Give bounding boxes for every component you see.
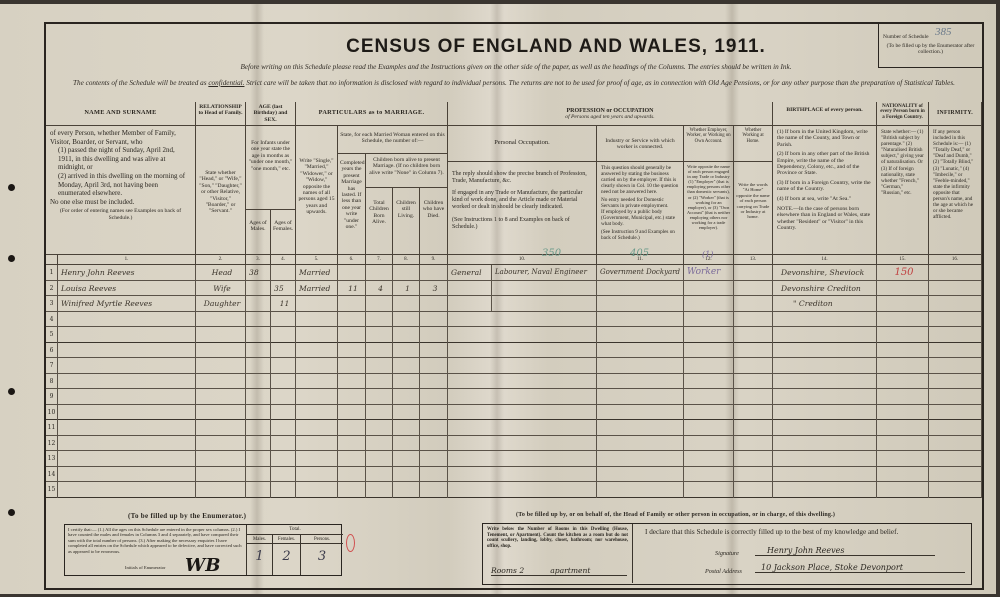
table-cell xyxy=(448,327,597,343)
total-males: Males. 1 xyxy=(247,535,273,575)
page-title: CENSUS OF ENGLAND AND WALES, 1911. xyxy=(276,36,836,58)
table-cell xyxy=(597,358,684,374)
row-number: 13 xyxy=(46,451,58,467)
table-cell xyxy=(929,281,982,297)
table-cell xyxy=(684,312,734,328)
header-personal-occupation-instructions: The reply should show the precise branch… xyxy=(448,162,597,255)
table-cell xyxy=(393,420,420,436)
marital-condition: Married xyxy=(296,281,338,297)
column-number: 9. xyxy=(420,255,448,265)
table-cell xyxy=(420,420,448,436)
table-cell xyxy=(734,482,773,498)
header-industry-instructions: This question should generally be answer… xyxy=(597,162,684,255)
table-cell xyxy=(296,420,338,436)
table-cell xyxy=(492,281,597,297)
table-cell xyxy=(58,405,196,421)
rooms-answer: Rooms 2apartment xyxy=(491,566,627,576)
table-cell xyxy=(929,467,982,483)
table-cell xyxy=(366,467,393,483)
table-cell xyxy=(393,327,420,343)
table-cell xyxy=(448,405,597,421)
table-cell xyxy=(929,389,982,405)
table-cell xyxy=(448,374,597,390)
table-cell xyxy=(448,451,597,467)
table-cell xyxy=(877,467,929,483)
table-cell xyxy=(246,482,271,498)
table-cell xyxy=(366,405,393,421)
table-cell xyxy=(684,281,734,297)
table-row: 8 xyxy=(46,374,982,390)
table-cell xyxy=(338,482,366,498)
header-children-died: Children who have Died. xyxy=(420,188,448,255)
table-cell xyxy=(734,296,773,312)
table-cell xyxy=(366,358,393,374)
table-cell xyxy=(734,374,773,390)
children-living xyxy=(393,265,420,281)
table-cell xyxy=(246,327,271,343)
table-cell xyxy=(734,436,773,452)
table-cell xyxy=(734,389,773,405)
table-cell xyxy=(773,327,877,343)
row-number: 8 xyxy=(46,374,58,390)
table-cell xyxy=(684,374,734,390)
enumerator-initials: WB xyxy=(185,555,220,576)
column-number: 7. xyxy=(366,255,393,265)
table-cell xyxy=(877,420,929,436)
table-cell xyxy=(271,420,296,436)
table-cell xyxy=(929,374,982,390)
header-name-instructions: of every Person, whether Member of Famil… xyxy=(46,126,196,255)
industry: Government Dockyard xyxy=(597,265,684,281)
table-cell xyxy=(597,296,684,312)
row-number: 10 xyxy=(46,405,58,421)
total-persons: Persons. 3 xyxy=(301,535,343,575)
table-cell xyxy=(393,389,420,405)
table-cell xyxy=(684,482,734,498)
punch-hole-icon xyxy=(8,184,15,191)
table-cell xyxy=(58,343,196,359)
table-cell xyxy=(246,405,271,421)
table-cell xyxy=(393,436,420,452)
birthplace: " Crediton xyxy=(773,296,877,312)
table-cell xyxy=(196,358,246,374)
infirmity xyxy=(929,265,982,281)
table-cell xyxy=(773,389,877,405)
table-cell xyxy=(420,451,448,467)
column-number: 8. xyxy=(393,255,420,265)
age-female: 35 xyxy=(271,281,296,297)
table-cell xyxy=(246,451,271,467)
occupation-code: 350 xyxy=(542,248,561,259)
table-cell xyxy=(929,312,982,328)
table-cell xyxy=(338,343,366,359)
header-children: Children born alive to present Marriage.… xyxy=(366,154,448,188)
table-cell xyxy=(296,405,338,421)
employment-code: (1) xyxy=(702,250,713,259)
table-cell xyxy=(271,358,296,374)
table-cell xyxy=(420,327,448,343)
postal-address-value: 10 Jackson Place, Stoke Devonport xyxy=(755,563,965,573)
table-cell xyxy=(597,482,684,498)
table-cell xyxy=(58,436,196,452)
table-cell xyxy=(366,327,393,343)
table-cell xyxy=(877,405,929,421)
table-cell xyxy=(196,451,246,467)
table-cell xyxy=(734,467,773,483)
table-cell xyxy=(366,343,393,359)
table-cell xyxy=(448,312,597,328)
column-number: 6. xyxy=(338,255,366,265)
table-cell xyxy=(420,374,448,390)
instruction-line: Before writing on this Schedule please r… xyxy=(146,63,886,71)
table-cell xyxy=(246,467,271,483)
punch-hole-icon xyxy=(8,509,15,516)
table-cell xyxy=(338,296,366,312)
header-occupation: PROFESSION or OCCUPATION of Persons aged… xyxy=(448,102,773,126)
relationship: Daughter xyxy=(196,296,246,312)
table-cell xyxy=(684,420,734,436)
schedule-footer: (To be filled up by the Enumerator.) I c… xyxy=(46,508,982,592)
table-cell xyxy=(296,482,338,498)
row-number: 6 xyxy=(46,343,58,359)
table-row: 2 Louisa Reeves Wife 35 Married 11 4 1 3… xyxy=(46,281,982,297)
table-cell xyxy=(597,436,684,452)
table-cell xyxy=(773,358,877,374)
table-cell xyxy=(296,467,338,483)
table-cell xyxy=(929,451,982,467)
birthplace: Devonshire, Sheviock xyxy=(773,265,877,281)
schedule-frame: CENSUS OF ENGLAND AND WALES, 1911. Befor… xyxy=(44,22,984,590)
table-cell xyxy=(366,420,393,436)
age-male xyxy=(246,281,271,297)
table-cell xyxy=(420,296,448,312)
person-name: Henry John Reeves xyxy=(58,265,196,281)
person-name: Louisa Reeves xyxy=(58,281,196,297)
table-cell xyxy=(338,389,366,405)
table-cell xyxy=(393,482,420,498)
header-infirmity-instructions: If any person included in this Schedule … xyxy=(929,126,982,255)
table-cell xyxy=(684,296,734,312)
header-age-males: Ages of Males. xyxy=(246,210,271,255)
enumerator-box: I certify that:— (1.) All the ages on th… xyxy=(64,524,342,576)
table-cell xyxy=(366,451,393,467)
table-cell xyxy=(196,327,246,343)
table-cell xyxy=(448,389,597,405)
table-cell xyxy=(196,405,246,421)
table-cell xyxy=(448,482,597,498)
years-married xyxy=(338,265,366,281)
header-birthplace-instructions: (1) If born in the United Kingdom, write… xyxy=(773,126,877,255)
signature-label: Signature xyxy=(715,550,739,557)
table-cell xyxy=(420,343,448,359)
table-cell xyxy=(448,343,597,359)
table-cell xyxy=(393,343,420,359)
row-number: 5 xyxy=(46,327,58,343)
table-cell xyxy=(338,451,366,467)
postal-address-label: Postal Address xyxy=(705,568,742,575)
header-home-instructions: Write the words "At Home" opposite the n… xyxy=(734,162,773,255)
table-cell xyxy=(271,482,296,498)
table-cell xyxy=(734,343,773,359)
table-cell xyxy=(773,312,877,328)
row-number: 14 xyxy=(46,467,58,483)
column-number: 14. xyxy=(773,255,877,265)
table-cell xyxy=(393,374,420,390)
table-cell xyxy=(58,327,196,343)
table-cell xyxy=(296,358,338,374)
table-cell xyxy=(246,420,271,436)
header-children-living: Children still Living. xyxy=(393,188,420,255)
head-of-family-label: (To be filled up by, or on behalf of, th… xyxy=(516,512,835,518)
header-nationality: NATIONALITY of every Person born in a Fo… xyxy=(877,102,929,126)
header-infirmity: INFIRMITY. xyxy=(929,102,982,126)
table-cell xyxy=(271,389,296,405)
column-number: 16. xyxy=(929,255,982,265)
table-cell xyxy=(246,374,271,390)
birthplace-code: 150 xyxy=(877,265,929,281)
table-cell xyxy=(58,358,196,374)
table-cell xyxy=(393,358,420,374)
table-cell xyxy=(296,389,338,405)
column-number: 5. xyxy=(296,255,338,265)
table-cell xyxy=(420,405,448,421)
industry-code: 405 xyxy=(630,248,649,259)
column-number: 10. xyxy=(448,255,597,265)
header-birthplace: BIRTHPLACE of every person. xyxy=(773,102,877,126)
employment-status: Worker xyxy=(684,265,734,281)
table-cell xyxy=(338,358,366,374)
table-cell xyxy=(929,482,982,498)
table-cell xyxy=(597,389,684,405)
table-cell xyxy=(271,467,296,483)
table-cell xyxy=(877,327,929,343)
table-cell xyxy=(338,436,366,452)
age-male xyxy=(246,296,271,312)
row-number: 7 xyxy=(46,358,58,374)
table-cell xyxy=(58,482,196,498)
table-cell xyxy=(296,312,338,328)
table-cell xyxy=(773,436,877,452)
table-row: 11 xyxy=(46,420,982,436)
table-row: 5 xyxy=(46,327,982,343)
table-cell xyxy=(338,405,366,421)
table-cell xyxy=(338,467,366,483)
table-cell xyxy=(393,405,420,421)
person-name: Winifred Myrtle Reeves xyxy=(58,296,196,312)
table-cell xyxy=(296,296,338,312)
table-cell xyxy=(296,343,338,359)
table-cell xyxy=(338,420,366,436)
table-row: 6 xyxy=(46,343,982,359)
header-industry: Industry or Service with which worker is… xyxy=(597,126,684,162)
table-cell xyxy=(929,420,982,436)
punch-hole-icon xyxy=(8,255,15,262)
table-cell xyxy=(196,420,246,436)
table-cell xyxy=(597,327,684,343)
table-row: 4 xyxy=(46,312,982,328)
relationship: Head xyxy=(196,265,246,281)
row-number: 11 xyxy=(46,420,58,436)
table-cell xyxy=(734,420,773,436)
table-cell xyxy=(597,467,684,483)
table-cell xyxy=(246,358,271,374)
table-cell xyxy=(448,358,597,374)
column-number: 15. xyxy=(877,255,929,265)
rooms-section: Write below the Number of Rooms in this … xyxy=(483,524,633,583)
table-row: 10 xyxy=(46,405,982,421)
table-cell xyxy=(684,405,734,421)
table-cell xyxy=(684,467,734,483)
row-number: 1 xyxy=(46,265,58,281)
table-cell xyxy=(420,358,448,374)
column-number: 4. xyxy=(271,255,296,265)
table-cell xyxy=(366,436,393,452)
age-male: 38 xyxy=(246,265,271,281)
table-cell xyxy=(773,374,877,390)
occupation: Labourer, Naval Engineer xyxy=(492,265,597,281)
table-cell xyxy=(597,405,684,421)
table-cell xyxy=(773,467,877,483)
row-number: 4 xyxy=(46,312,58,328)
table-cell xyxy=(196,312,246,328)
table-cell xyxy=(684,343,734,359)
table-cell xyxy=(366,312,393,328)
enumerator-certification: I certify that:— (1.) All the ages on th… xyxy=(68,527,246,554)
table-cell xyxy=(366,374,393,390)
table-cell xyxy=(734,312,773,328)
header-children-total: Total Children Born Alive. xyxy=(366,188,393,255)
table-row: 9 xyxy=(46,389,982,405)
header-home: Whether Working at Home. xyxy=(734,126,773,162)
table-cell xyxy=(296,436,338,452)
column-number: 2. xyxy=(196,255,246,265)
table-cell xyxy=(246,343,271,359)
table-cell xyxy=(773,420,877,436)
table-cell xyxy=(58,420,196,436)
header-age: AGE (last Birthday) and SEX. xyxy=(246,102,296,126)
table-cell xyxy=(877,451,929,467)
table-cell xyxy=(684,451,734,467)
column-number: 13. xyxy=(734,255,773,265)
census-schedule-page: CENSUS OF ENGLAND AND WALES, 1911. Befor… xyxy=(0,4,996,594)
header-relationship: RELATIONSHIP to Head of Family. xyxy=(196,102,246,126)
age-female xyxy=(271,265,296,281)
table-cell xyxy=(773,405,877,421)
table-cell xyxy=(246,436,271,452)
table-cell xyxy=(271,405,296,421)
table-cell xyxy=(196,389,246,405)
table-cell xyxy=(393,296,420,312)
table-row: 3 Winifred Myrtle Reeves Daughter 11 " C… xyxy=(46,296,982,312)
table-cell xyxy=(929,296,982,312)
table-cell xyxy=(271,312,296,328)
table-cell xyxy=(448,467,597,483)
table-cell xyxy=(366,482,393,498)
children-total: 4 xyxy=(366,281,393,297)
table-cell xyxy=(338,374,366,390)
header-personal-occupation: Personal Occupation. xyxy=(448,126,597,162)
table-cell xyxy=(271,436,296,452)
header-years-married: Completed years the present Marriage has… xyxy=(338,154,366,255)
table-cell xyxy=(929,436,982,452)
table-cell xyxy=(296,374,338,390)
table-cell xyxy=(929,405,982,421)
header-age-females: Ages of Females. xyxy=(271,210,296,255)
table-cell xyxy=(597,451,684,467)
table-cell xyxy=(597,281,684,297)
table-row: 1 Henry John Reeves Head 38 Married Gene… xyxy=(46,265,982,281)
table-cell xyxy=(734,451,773,467)
header-marriage-condition: Write "Single," "Married," "Widower," or… xyxy=(296,126,338,255)
table-cell xyxy=(929,327,982,343)
table-cell xyxy=(296,451,338,467)
table-cell xyxy=(929,343,982,359)
table-cell xyxy=(448,296,492,312)
column-number: 1. xyxy=(58,255,196,265)
table-cell xyxy=(196,467,246,483)
occupation-general: General xyxy=(448,265,492,281)
table-cell xyxy=(877,436,929,452)
relationship: Wife xyxy=(196,281,246,297)
table-cell xyxy=(420,312,448,328)
table-cell xyxy=(734,405,773,421)
birthplace: Devonshire Crediton xyxy=(773,281,877,297)
children-total xyxy=(366,265,393,281)
table-cell xyxy=(877,312,929,328)
table-cell xyxy=(448,420,597,436)
confidentiality-notice: The contents of the Schedule will be tre… xyxy=(54,78,974,89)
column-number: 3. xyxy=(246,255,271,265)
red-zero-mark xyxy=(346,534,355,552)
marital-condition: Married xyxy=(296,265,338,281)
table-cell xyxy=(734,358,773,374)
table-cell xyxy=(448,436,597,452)
header-relationship-instructions: State whether "Head," or "Wife," "Son," … xyxy=(196,126,246,255)
table-cell xyxy=(420,482,448,498)
table-cell xyxy=(492,296,597,312)
table-row: 15 xyxy=(46,482,982,498)
schedule-number-box: Number of Schedule 385 (To be filled up … xyxy=(878,24,982,68)
table-cell xyxy=(773,343,877,359)
signature-value: Henry John Reeves xyxy=(755,546,935,556)
table-cell xyxy=(58,374,196,390)
table-cell xyxy=(338,327,366,343)
table-cell xyxy=(877,389,929,405)
table-cell xyxy=(877,281,929,297)
table-cell xyxy=(196,482,246,498)
table-cell xyxy=(271,343,296,359)
table-row: 13 xyxy=(46,451,982,467)
header-marriage: PARTICULARS as to MARRIAGE. xyxy=(296,102,448,126)
table-cell xyxy=(271,327,296,343)
age-female: 11 xyxy=(271,296,296,312)
table-cell xyxy=(420,389,448,405)
children-living: 1 xyxy=(393,281,420,297)
years-married: 11 xyxy=(338,281,366,297)
table-cell xyxy=(338,312,366,328)
table-cell xyxy=(366,296,393,312)
header-nationality-instructions: State whether:— (1) "British subject by … xyxy=(877,126,929,255)
row-number: 3 xyxy=(46,296,58,312)
table-cell xyxy=(597,312,684,328)
table-cell xyxy=(296,327,338,343)
table-cell xyxy=(393,451,420,467)
table-cell xyxy=(773,482,877,498)
children-died xyxy=(420,265,448,281)
totals-box: Total. Males. 1 Females. 2 Persons. 3 xyxy=(246,525,342,575)
table-cell xyxy=(597,374,684,390)
table-cell xyxy=(877,374,929,390)
